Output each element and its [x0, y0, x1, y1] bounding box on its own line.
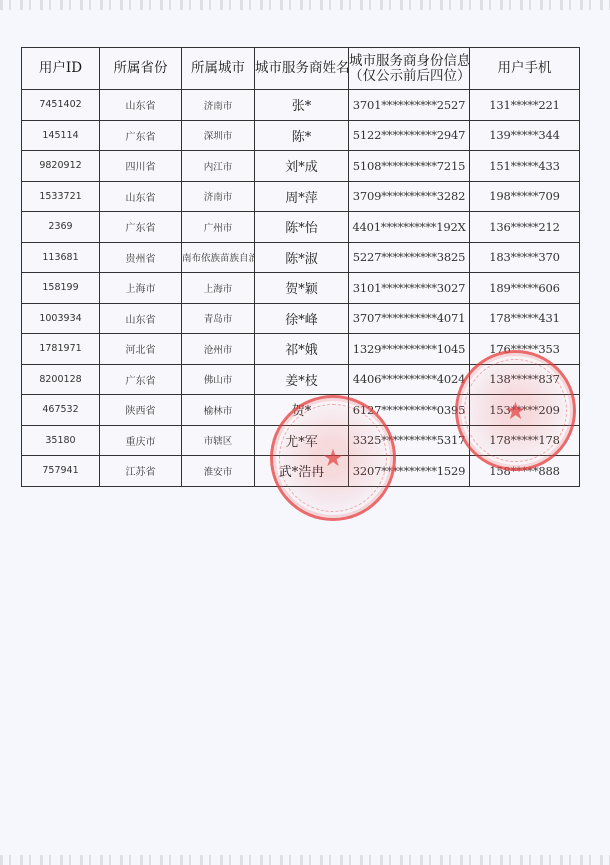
table-row: 1781971河北省沧州市祁*娥1329**********1045176***…	[22, 334, 580, 365]
cell-phone: 136*****212	[470, 212, 580, 243]
header-user-id: 用户ID	[22, 48, 100, 90]
cell-phone: 158*****888	[470, 456, 580, 487]
cell-provider-id: 1329**********1045	[349, 334, 470, 365]
cell-city: 沧州市	[182, 334, 255, 365]
cell-province: 江苏省	[100, 456, 182, 487]
table-row: 158199上海市上海市贺*颖3101**********3027189****…	[22, 273, 580, 304]
cell-provider-name: 贺*颖	[255, 273, 349, 304]
cell-provider-name: 姜*枝	[255, 364, 349, 395]
cell-phone: 138*****837	[470, 364, 580, 395]
header-provider-id: 城市服务商身份信息 （仅公示前后四位）	[349, 48, 470, 90]
cell-user-id: 1533721	[22, 181, 100, 212]
cell-provider-id: 6127**********0395	[349, 395, 470, 426]
table-row: 145114广东省深圳市陈*5122**********2947139*****…	[22, 120, 580, 151]
cell-province: 山东省	[100, 181, 182, 212]
cell-user-id: 158199	[22, 273, 100, 304]
cell-provider-id: 3709**********3282	[349, 181, 470, 212]
cell-phone: 176*****353	[470, 334, 580, 365]
scan-edge-top	[0, 0, 610, 10]
cell-city: 广州市	[182, 212, 255, 243]
cell-provider-name: 徐*峰	[255, 303, 349, 334]
cell-provider-name: 周*萍	[255, 181, 349, 212]
cell-provider-id: 5108**********7215	[349, 151, 470, 182]
cell-provider-id: 4406**********4024	[349, 364, 470, 395]
cell-provider-name: 陈*	[255, 120, 349, 151]
cell-phone: 189*****606	[470, 273, 580, 304]
cell-province: 上海市	[100, 273, 182, 304]
cell-provider-name: 尤*军	[255, 425, 349, 456]
table-header-row: 用户ID 所属省份 所属城市 城市服务商姓名 城市服务商身份信息 （仅公示前后四…	[22, 48, 580, 90]
table-row: 2369广东省广州市陈*怡4401**********192X136*****2…	[22, 212, 580, 243]
cell-city: 南布依族苗族自治	[182, 242, 255, 273]
table-row: 8200128广东省佛山市姜*枝4406**********4024138***…	[22, 364, 580, 395]
cell-city: 济南市	[182, 90, 255, 121]
header-city: 所属城市	[182, 48, 255, 90]
cell-city: 内江市	[182, 151, 255, 182]
scan-edge-bottom	[0, 855, 610, 865]
table-row: 467532陕西省榆林市贺*6127**********0395153*****…	[22, 395, 580, 426]
cell-user-id: 7451402	[22, 90, 100, 121]
cell-provider-id: 5122**********2947	[349, 120, 470, 151]
cell-provider-name: 祁*娥	[255, 334, 349, 365]
cell-city: 榆林市	[182, 395, 255, 426]
cell-province: 四川省	[100, 151, 182, 182]
cell-user-id: 1003934	[22, 303, 100, 334]
cell-phone: 198*****709	[470, 181, 580, 212]
cell-provider-id: 3707**********4071	[349, 303, 470, 334]
cell-city: 市辖区	[182, 425, 255, 456]
table-row: 9820912四川省内江市刘*成5108**********7215151***…	[22, 151, 580, 182]
cell-user-id: 467532	[22, 395, 100, 426]
cell-provider-id: 3101**********3027	[349, 273, 470, 304]
cell-province: 贵州省	[100, 242, 182, 273]
cell-user-id: 113681	[22, 242, 100, 273]
cell-phone: 183*****370	[470, 242, 580, 273]
cell-phone: 178*****178	[470, 425, 580, 456]
cell-user-id: 35180	[22, 425, 100, 456]
cell-provider-name: 刘*成	[255, 151, 349, 182]
cell-provider-name: 张*	[255, 90, 349, 121]
cell-provider-id: 5227**********3825	[349, 242, 470, 273]
cell-province: 广东省	[100, 364, 182, 395]
cell-phone: 178*****431	[470, 303, 580, 334]
cell-provider-id: 3207**********1529	[349, 456, 470, 487]
header-provider-id-line1: 城市服务商身份信息	[349, 54, 469, 69]
cell-city: 深圳市	[182, 120, 255, 151]
cell-city: 淮安市	[182, 456, 255, 487]
cell-phone: 151*****433	[470, 151, 580, 182]
table-row: 1533721山东省济南市周*萍3709**********3282198***…	[22, 181, 580, 212]
table-body: 7451402山东省济南市张*3701**********2527131****…	[22, 90, 580, 487]
cell-province: 山东省	[100, 90, 182, 121]
cell-user-id: 8200128	[22, 364, 100, 395]
cell-phone: 153*****209	[470, 395, 580, 426]
table-row: 35180重庆市市辖区尤*军3325**********5317178*****…	[22, 425, 580, 456]
table-row: 113681贵州省南布依族苗族自治陈*淑5227**********382518…	[22, 242, 580, 273]
cell-provider-id: 3325**********5317	[349, 425, 470, 456]
cell-province: 重庆市	[100, 425, 182, 456]
cell-city: 青岛市	[182, 303, 255, 334]
cell-provider-name: 贺*	[255, 395, 349, 426]
cell-province: 广东省	[100, 120, 182, 151]
cell-user-id: 757941	[22, 456, 100, 487]
cell-provider-id: 3701**********2527	[349, 90, 470, 121]
cell-provider-name: 陈*怡	[255, 212, 349, 243]
header-phone: 用户手机	[470, 48, 580, 90]
cell-province: 陕西省	[100, 395, 182, 426]
winners-table: 用户ID 所属省份 所属城市 城市服务商姓名 城市服务商身份信息 （仅公示前后四…	[21, 47, 580, 487]
cell-user-id: 1781971	[22, 334, 100, 365]
table-row: 1003934山东省青岛市徐*峰3707**********4071178***…	[22, 303, 580, 334]
cell-province: 山东省	[100, 303, 182, 334]
cell-city: 佛山市	[182, 364, 255, 395]
cell-user-id: 2369	[22, 212, 100, 243]
header-provider-name: 城市服务商姓名	[255, 48, 349, 90]
cell-phone: 131*****221	[470, 90, 580, 121]
table-row: 7451402山东省济南市张*3701**********2527131****…	[22, 90, 580, 121]
cell-user-id: 145114	[22, 120, 100, 151]
cell-province: 河北省	[100, 334, 182, 365]
cell-provider-name: 武*浩冉	[255, 456, 349, 487]
cell-city: 济南市	[182, 181, 255, 212]
header-provider-id-line2: （仅公示前后四位）	[349, 69, 469, 84]
cell-provider-id: 4401**********192X	[349, 212, 470, 243]
cell-provider-name: 陈*淑	[255, 242, 349, 273]
header-province: 所属省份	[100, 48, 182, 90]
cell-phone: 139*****344	[470, 120, 580, 151]
cell-city: 上海市	[182, 273, 255, 304]
table-row: 757941江苏省淮安市武*浩冉3207**********1529158***…	[22, 456, 580, 487]
cell-user-id: 9820912	[22, 151, 100, 182]
cell-province: 广东省	[100, 212, 182, 243]
